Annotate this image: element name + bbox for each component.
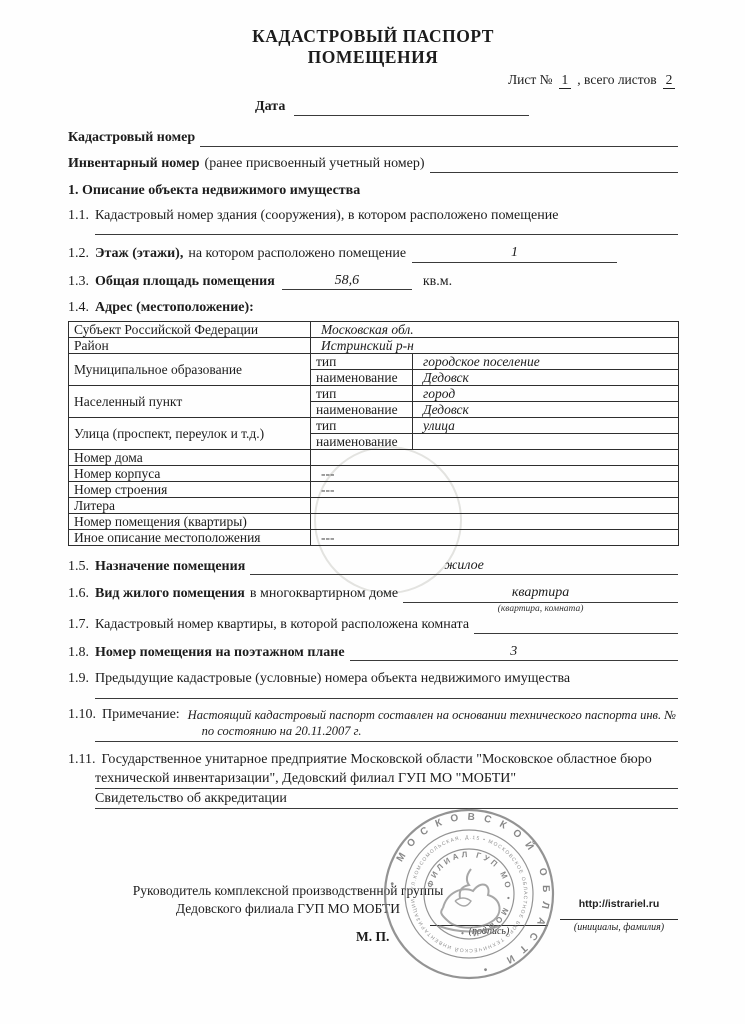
table-row: Субъект Российской Федерации Московская …	[69, 321, 679, 337]
section1-title: 1. Описание объекта недвижимого имуществ…	[68, 183, 678, 199]
stamp-emblem	[439, 869, 500, 932]
row-1-3-num: 1.3.	[68, 273, 89, 291]
row-1-5-label: Назначение помещения	[95, 558, 245, 576]
addr-label-building: Номер строения	[69, 481, 311, 497]
round-stamp: • МОСКОВСКОЙ ОБЛАСТИ • УЛ.КОМСОМОЛЬСКАЯ,…	[381, 806, 557, 982]
row-1-4-label: Адрес (местоположение):	[95, 299, 254, 317]
row-1-6-value: квартира	[403, 584, 678, 603]
row-1-6-label-bold: Вид жилого помещения	[95, 585, 245, 603]
table-row: Иное описание местоположения ---	[69, 529, 679, 545]
table-row: Улица (проспект, переулок и т.д.) тип ул…	[69, 417, 679, 433]
website-url: http://istrariel.ru	[560, 898, 678, 920]
addr-value-block: ---	[311, 465, 679, 481]
row-1-8-num: 1.8.	[68, 644, 89, 662]
name-hint: (инициалы, фамилия)	[560, 922, 678, 933]
sheet-info: Лист № 1 , всего листов 2	[68, 72, 678, 89]
addr-street-name	[413, 433, 679, 449]
signature-footer: Руководитель комплексной производственно…	[68, 798, 678, 1024]
row-1-5: 1.5. Назначение помещения жилое	[68, 557, 678, 576]
row-1-8: 1.8. Номер помещения на поэтажном плане …	[68, 643, 678, 662]
table-row: Район Истринский р-н	[69, 337, 679, 353]
addr-value-litera	[311, 497, 679, 513]
addr-value-subject: Московская обл.	[311, 321, 679, 337]
row-1-6: 1.6. Вид жилого помещения в многоквартир…	[68, 584, 678, 603]
table-row: Муниципальное образование тип городское …	[69, 353, 679, 369]
row-1-2-num: 1.2.	[68, 245, 89, 263]
row-1-1-label: Кадастровый номер здания (сооружения), в…	[95, 207, 558, 225]
table-row: Литера	[69, 497, 679, 513]
addr-name-label: наименование	[311, 369, 413, 385]
addr-label-other: Иное описание местоположения	[69, 529, 311, 545]
document-page: КАДАСТРОВЫЙ ПАСПОРТ ПОМЕЩЕНИЯ Лист № 1 ,…	[0, 0, 745, 1024]
table-row: Номер дома	[69, 449, 679, 465]
row-1-3: 1.3. Общая площадь помещения 58,6 кв.м.	[68, 272, 678, 291]
table-row: Номер помещения (квартиры)	[69, 513, 679, 529]
svg-text:ФИЛИАЛ ГУП МО • МОБТИ •: ФИЛИАЛ ГУП МО • МОБТИ •	[425, 850, 513, 938]
cadastral-number-row: Кадастровый номер	[68, 129, 678, 147]
addr-label-municipality: Муниципальное образование	[69, 353, 311, 385]
row-1-9-label: Предыдущие кадастровые (условные) номера…	[95, 670, 570, 688]
row-1-10-label: Примечание:	[102, 706, 180, 724]
addr-value-apartment	[311, 513, 679, 529]
sheet-prefix: Лист №	[508, 72, 553, 87]
row-1-10-note: Настоящий кадастровый паспорт составлен …	[188, 706, 676, 740]
row-1-5-value: жилое	[250, 557, 678, 576]
row-1-8-value: 3	[350, 643, 678, 662]
addr-label-street: Улица (проспект, переулок и т.д.)	[69, 417, 311, 449]
row-1-11-line2: технической инвентаризации", Дедовский ф…	[95, 771, 678, 789]
addr-label-block: Номер корпуса	[69, 465, 311, 481]
row-1-4: 1.4. Адрес (местоположение):	[68, 299, 678, 317]
row-1-11-line1: Государственное унитарное предприятие Мо…	[101, 751, 651, 769]
row-1-2-label-bold: Этаж (этажи),	[95, 245, 183, 263]
sheet-total: 2	[663, 72, 675, 89]
note-line1: Настоящий кадастровый паспорт составлен …	[188, 708, 676, 722]
title-line2: ПОМЕЩЕНИЯ	[68, 47, 678, 68]
row-1-3-value: 58,6	[282, 272, 412, 291]
addr-value-building: ---	[311, 481, 679, 497]
document-content: КАДАСТРОВЫЙ ПАСПОРТ ПОМЕЩЕНИЯ Лист № 1 ,…	[68, 0, 678, 809]
table-row: Номер строения ---	[69, 481, 679, 497]
inventory-number-note: (ранее присвоенный учетный номер)	[205, 155, 425, 173]
addr-street-type: улица	[413, 417, 679, 433]
inventory-number-label: Инвентарный номер	[68, 155, 200, 173]
row-1-1-num: 1.1.	[68, 207, 89, 225]
stamp-inner-ring	[424, 849, 514, 939]
row-1-10-num: 1.10.	[68, 706, 96, 724]
row-1-8-label: Номер помещения на поэтажном плане	[95, 644, 345, 662]
title-line1: КАДАСТРОВЫЙ ПАСПОРТ	[68, 26, 678, 47]
addr-type-label: тип	[311, 385, 413, 401]
row-1-6-num: 1.6.	[68, 585, 89, 603]
date-field-row: Дата	[255, 98, 678, 116]
row-1-9-num: 1.9.	[68, 670, 89, 688]
row-1-4-num: 1.4.	[68, 299, 89, 317]
row-1-1: 1.1. Кадастровый номер здания (сооружени…	[68, 207, 678, 225]
addr-label-settlement: Населенный пункт	[69, 385, 311, 417]
name-line: http://istrariel.ru (инициалы, фамилия)	[560, 898, 678, 933]
row-1-5-num: 1.5.	[68, 558, 89, 576]
row-1-7-label: Кадастровый номер квартиры, в которой ра…	[95, 616, 469, 634]
note-line2: по состоянию на 20.11.2007 г.	[188, 724, 362, 738]
row-1-2-value: 1	[412, 244, 617, 263]
addr-label-subject: Субъект Российской Федерации	[69, 321, 311, 337]
addr-value-house	[311, 449, 679, 465]
page-title: КАДАСТРОВЫЙ ПАСПОРТ ПОМЕЩЕНИЯ	[68, 26, 678, 69]
row-1-10: 1.10. Примечание: Настоящий кадастровый …	[68, 706, 678, 740]
row-1-7-blank-line	[474, 616, 678, 634]
table-row: Населенный пункт тип город	[69, 385, 679, 401]
address-table: Субъект Российской Федерации Московская …	[68, 321, 679, 546]
row-1-6-hint: (квартира, комната)	[403, 604, 678, 616]
row-1-7: 1.7. Кадастровый номер квартиры, в котор…	[68, 616, 678, 634]
addr-settlement-type: город	[413, 385, 679, 401]
date-blank-line	[294, 98, 529, 116]
addr-type-label: тип	[311, 353, 413, 369]
row-1-11: 1.11. Государственное унитарное предприя…	[68, 751, 678, 769]
row-1-6-label-rest: в многоквартирном доме	[250, 585, 398, 603]
addr-label-district: Район	[69, 337, 311, 353]
table-row: Номер корпуса ---	[69, 465, 679, 481]
inventory-number-row: Инвентарный номер (ранее присвоенный уче…	[68, 155, 678, 173]
stamp-inner-text: ФИЛИАЛ ГУП МО • МОБТИ •	[425, 850, 513, 938]
row-1-10-underline	[95, 741, 678, 742]
row-1-11-num: 1.11.	[68, 751, 95, 769]
addr-label-apartment: Номер помещения (квартиры)	[69, 513, 311, 529]
addr-municipality-type: городское поселение	[413, 353, 679, 369]
addr-settlement-name: Дедовск	[413, 401, 679, 417]
addr-value-district: Истринский р-н	[311, 337, 679, 353]
row-1-7-num: 1.7.	[68, 616, 89, 634]
addr-label-house: Номер дома	[69, 449, 311, 465]
addr-value-other: ---	[311, 529, 679, 545]
row-1-3-unit: кв.м.	[423, 273, 452, 291]
addr-name-label: наименование	[311, 401, 413, 417]
addr-label-litera: Литера	[69, 497, 311, 513]
row-1-1-blank-line	[95, 234, 678, 235]
addr-type-label: тип	[311, 417, 413, 433]
addr-municipality-name: Дедовск	[413, 369, 679, 385]
sheet-number: 1	[559, 72, 571, 89]
cadastral-number-blank-line	[200, 129, 678, 147]
sheet-infix: , всего листов	[577, 72, 656, 87]
cadastral-number-label: Кадастровый номер	[68, 129, 195, 147]
row-1-2: 1.2. Этаж (этажи), на котором расположен…	[68, 244, 678, 263]
row-1-9: 1.9. Предыдущие кадастровые (условные) н…	[68, 670, 678, 688]
row-1-6-value-wrap: квартира (квартира, комната)	[403, 584, 678, 603]
inventory-number-blank-line	[430, 155, 678, 173]
addr-name-label: наименование	[311, 433, 413, 449]
row-1-2-label-rest: на котором расположено помещение	[188, 245, 406, 263]
row-1-9-blank-line	[95, 698, 678, 699]
date-label: Дата	[255, 98, 285, 116]
row-1-3-label: Общая площадь помещения	[95, 273, 275, 291]
